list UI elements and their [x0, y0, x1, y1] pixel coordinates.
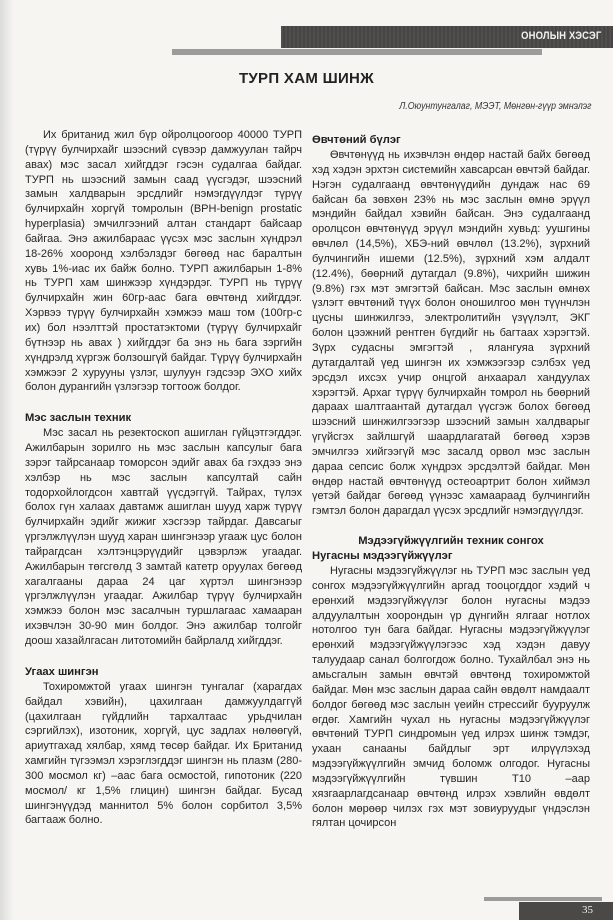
section-label: ОНОЛЫН ХЭСЭГ: [521, 30, 601, 42]
section-paragraph-surgical-technique: Мэс засал нь резектоскоп ашиглан гүйцэтг…: [25, 426, 302, 649]
section-heading-anesthesia-choice: Мэдээгүйжүүлгийн техник сонгох: [312, 534, 590, 549]
section-paragraph-patient-group: Өвчтөнүүд нь ихэвчлэн өндөр настай байх …: [312, 148, 590, 519]
page-gutter-shadow: [0, 0, 14, 920]
footer-accent-bar: [484, 897, 602, 901]
subsection-heading-spinal-anesthesia: Нугасны мэдээгүйжүүлэг: [312, 549, 590, 564]
header-accent-bar: [172, 49, 542, 55]
section-paragraph-spinal-anesthesia: Нугасны мэдээгүйжүүлэг нь ТУРП мэс заслы…: [312, 564, 590, 831]
section-header-bar: ОНОЛЫН ХЭСЭГ: [281, 26, 613, 48]
section-heading-surgical-technique: Мэс заслын техник: [25, 411, 302, 426]
page-number: 35: [582, 904, 593, 916]
left-column: Их британид жил бүр ойролцоогоор 40000 Т…: [25, 128, 302, 828]
section-heading-patient-group: Өвчтөний бүлэг: [312, 133, 590, 148]
article-title: ТУРП ХАМ ШИНЖ: [0, 70, 613, 87]
right-column: Өвчтөний бүлэг Өвчтөнүүд нь ихэвчлэн өнд…: [312, 133, 590, 831]
section-paragraph-irrigation-fluid: Тохиромжтой угаах шингэн тунгалаг (хараг…: [25, 680, 302, 828]
author-line: Л.Оюунтунгалаг, МЭЭТ, Мөнгөн-гүүр эмнэлэ…: [399, 101, 591, 112]
section-heading-irrigation-fluid: Угаах шингэн: [25, 665, 302, 680]
footer-bar: 35: [519, 902, 613, 920]
intro-paragraph: Их британид жил бүр ойролцоогоор 40000 Т…: [25, 128, 302, 395]
